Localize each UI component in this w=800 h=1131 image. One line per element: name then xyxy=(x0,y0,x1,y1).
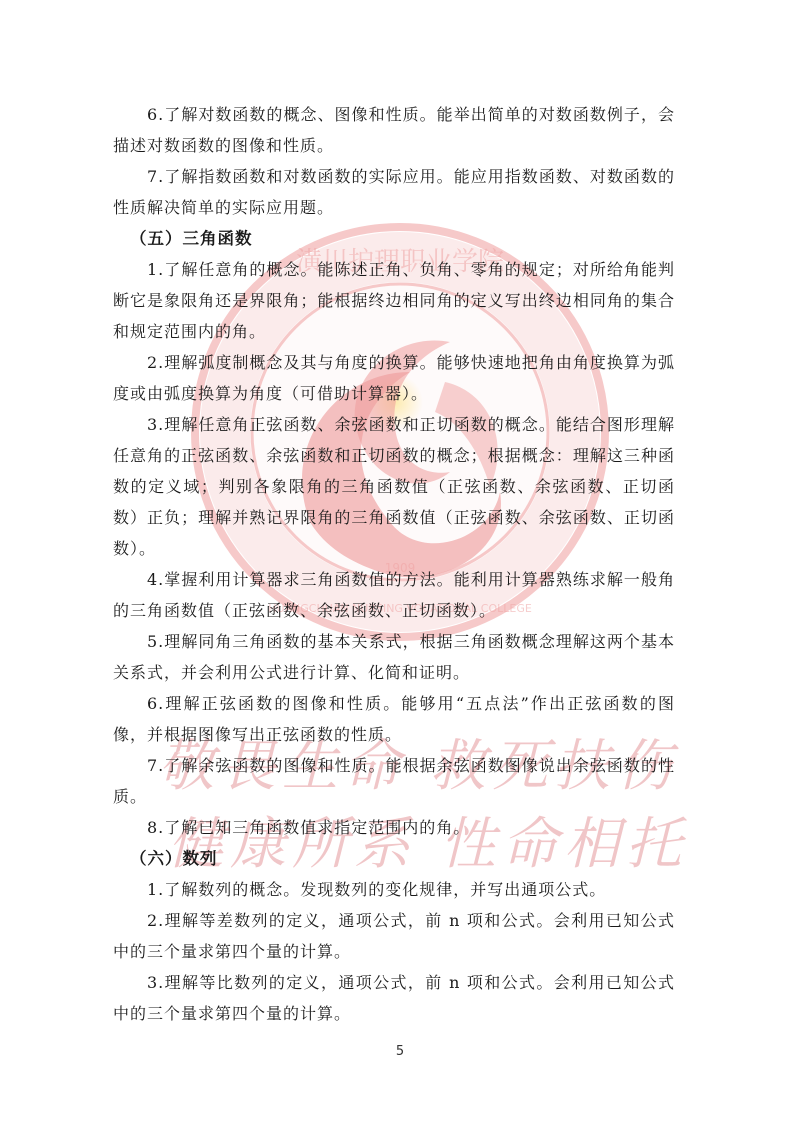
paragraph-geometric-sequence: 3.理解等比数列的定义，通项公式，前 n 项和公式。会利用已知公式中的三个量求第… xyxy=(113,967,675,1029)
document-page: 潢川护理职业学院 HUANGCHUAN NURSING VOCATIONAL C… xyxy=(0,0,800,1131)
paragraph-calculator-trig-values: 4.掌握利用计算器求三角函数值的方法。能利用计算器熟练求解一般角的三角函数值（正… xyxy=(113,564,675,626)
paragraph-cosine-graph: 7.了解余弦函数的图像和性质。能根据余弦函数图像说出余弦函数的性质。 xyxy=(113,750,675,812)
document-body: 6.了解对数函数的概念、图像和性质。能举出简单的对数函数例子，会描述对数函数的图… xyxy=(113,99,675,1029)
paragraph-exp-log-application: 7.了解指数函数和对数函数的实际应用。能应用指数函数、对数函数的性质解决简单的实… xyxy=(113,161,675,223)
paragraph-arbitrary-angle: 1.了解任意角的概念。能陈述正角、负角、零角的规定；对所给角能判断它是象限角还是… xyxy=(113,254,675,347)
paragraph-log-function-concept: 6.了解对数函数的概念、图像和性质。能举出简单的对数函数例子，会描述对数函数的图… xyxy=(113,99,675,161)
section-heading-sequences: （六）数列 xyxy=(113,843,675,874)
paragraph-same-angle-identities: 5.理解同角三角函数的基本关系式，根据三角函数概念理解这两个基本关系式，并会利用… xyxy=(113,626,675,688)
page-number: 5 xyxy=(0,1044,800,1059)
paragraph-radian-measure: 2.理解弧度制概念及其与角度的换算。能够快速地把角由角度换算为弧度或由弧度换算为… xyxy=(113,347,675,409)
paragraph-trig-definitions: 3.理解任意角正弦函数、余弦函数和正切函数的概念。能结合图形理解任意角的正弦函数… xyxy=(113,409,675,564)
paragraph-arithmetic-sequence: 2.理解等差数列的定义，通项公式，前 n 项和公式。会利用已知公式中的三个量求第… xyxy=(113,905,675,967)
paragraph-sine-graph: 6.理解正弦函数的图像和性质。能够用“五点法”作出正弦函数的图像，并根据图像写出… xyxy=(113,688,675,750)
paragraph-inverse-trig-angle: 8.了解已知三角函数值求指定范围内的角。 xyxy=(113,812,675,843)
section-heading-trigonometric-functions: （五）三角函数 xyxy=(113,223,675,254)
paragraph-sequence-concept: 1.了解数列的概念。发现数列的变化规律，并写出通项公式。 xyxy=(113,874,675,905)
